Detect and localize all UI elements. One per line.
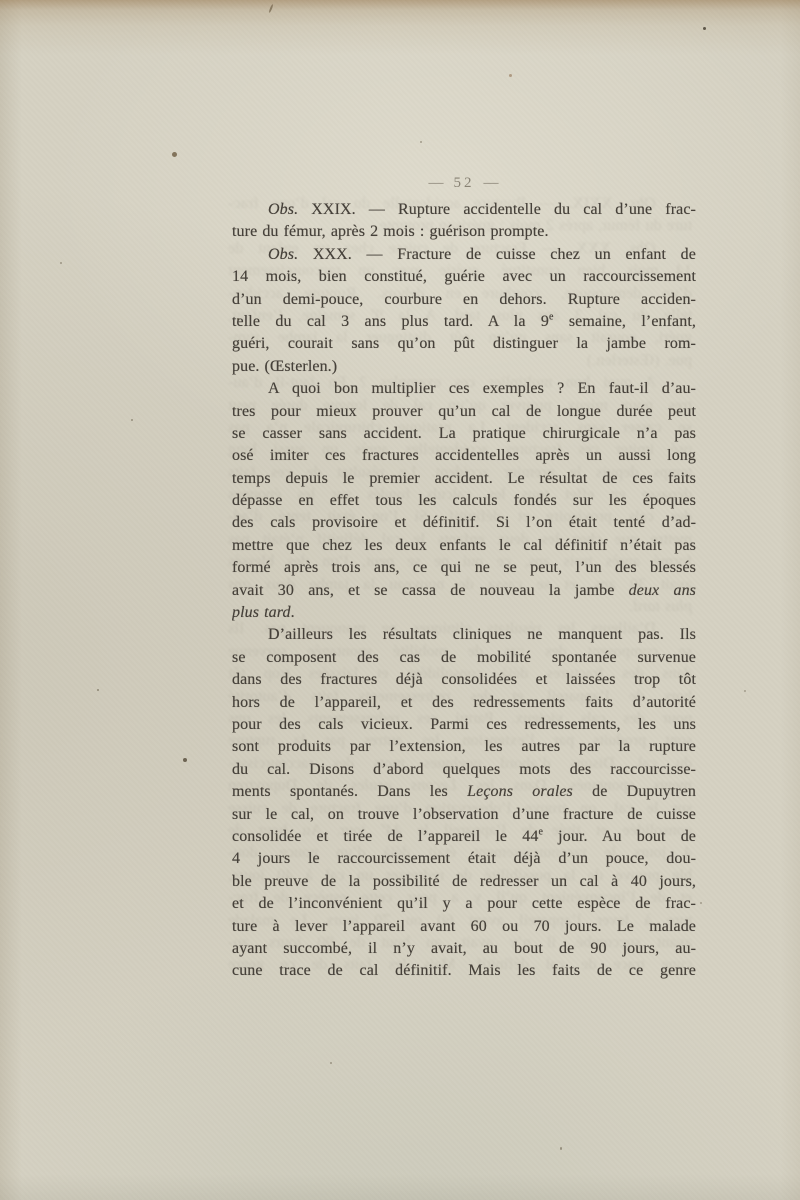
text-line: sont produits par l’extension, les autre… — [232, 736, 696, 758]
text-run: ments spontanés. Dans les — [232, 783, 467, 800]
text-line: tres pour mieux prouver qu’un cal de lon… — [232, 401, 696, 423]
text-run: pue. (Œsterlen.) — [232, 358, 337, 375]
paper-speck — [703, 27, 706, 30]
paper-speck — [183, 758, 187, 762]
text-line: temps depuis le premier accident. Le rés… — [232, 468, 696, 490]
text-line: se casser sans accident. La pratique chi… — [232, 423, 696, 445]
paper-speck — [509, 74, 512, 77]
text-line: consolidée et tirée de l’appareil le 44e… — [232, 826, 696, 848]
paragraph: Obs. XXIX. — Rupture accidentelle du cal… — [232, 199, 696, 244]
text-run: guéri, courait sans qu’on pût distinguer… — [232, 335, 696, 352]
paragraph: D’ailleurs les résultats cliniques ne ma… — [232, 624, 696, 982]
text-line: sur le cal, on trouve l’observation d’un… — [232, 804, 696, 826]
page-header: —52— — [232, 175, 696, 192]
text-run: formé après trois ans, ce qui ne se peut… — [232, 559, 696, 576]
text-run: . — [291, 604, 295, 621]
text-run: de Dupuytren — [573, 783, 696, 800]
text-line: A quoi bon multiplier ces exemples ? En … — [232, 378, 696, 400]
text-run: mettre que chez les deux enfants le cal … — [232, 537, 696, 554]
text-run: avait 30 ans, et se cassa de nouveau la … — [232, 582, 629, 599]
text-line: telle du cal 3 ans plus tard. A la 9e se… — [232, 311, 696, 333]
text-line: pue. (Œsterlen.) — [232, 356, 696, 378]
italic-run: plus tard — [232, 604, 291, 621]
text-line: du cal. Disons d’abord quelques mots des… — [232, 759, 696, 781]
text-line: ble preuve de la possibilité de redresse… — [232, 871, 696, 893]
text-line: 4 jours le raccourcissement était déjà d… — [232, 848, 696, 870]
text-line: ture du fémur, après 2 mois : guérison p… — [232, 221, 696, 243]
text-line: pour des cals vicieux. Parmi ces redress… — [232, 714, 696, 736]
text-run: 14 mois, bien constitué, guérie avec un … — [232, 268, 696, 285]
scanned-page: —52— Obs. XXIX. — Rupture accidentelle d… — [0, 0, 800, 1200]
text-line: des cals provisoire et définitif. Si l’o… — [232, 512, 696, 534]
text-run: ture du fémur, après 2 mois : guérison p… — [232, 223, 549, 240]
text-run: hors de l’appareil, et des redressements… — [232, 694, 696, 711]
text-run: et de l’inconvénient qu’il y a pour cett… — [232, 895, 696, 912]
text-line: hors de l’appareil, et des redressements… — [232, 692, 696, 714]
page-number: 52 — [454, 175, 475, 191]
text-run: ayant succombé, il n’y avait, au bout de… — [232, 940, 696, 957]
paper-speck — [60, 262, 62, 264]
paper-speck — [290, 432, 293, 434]
italic-run: Leçons orales — [467, 783, 573, 800]
header-right-rule: — — [475, 175, 509, 191]
text-line: ture à lever l’appareil avant 60 ou 70 j… — [232, 916, 696, 938]
text-run: XXIX. — Rupture accidentelle du cal d’un… — [298, 201, 696, 218]
paper-speck — [97, 689, 99, 691]
text-run: tres pour mieux prouver qu’un cal de lon… — [232, 403, 696, 420]
text-run: dans des fractures déjà consolidées et l… — [232, 671, 696, 688]
paper-speck — [131, 419, 133, 421]
italic-run: Obs. — [268, 246, 298, 263]
text-line: Obs. XXIX. — Rupture accidentelle du cal… — [232, 199, 696, 221]
text-line: plus tard. — [232, 602, 696, 624]
paper-speck — [744, 690, 746, 692]
text-line: ments spontanés. Dans les Leçons orales … — [232, 781, 696, 803]
text-run: sur le cal, on trouve l’observation d’un… — [232, 806, 696, 823]
paper-speck — [420, 141, 422, 143]
text-run: telle du cal 3 ans plus tard. A la 9 — [232, 313, 549, 330]
text-run: XXX. — Fracture de cuisse chez un enfant… — [298, 246, 696, 263]
text-run: d’un demi-pouce, courbure en dehors. Rup… — [232, 291, 696, 308]
text-block: Obs. XXIX. — Rupture accidentelle du cal… — [232, 199, 696, 983]
text-run: D’ailleurs les résultats cliniques ne ma… — [268, 626, 696, 643]
text-run: jour. Au bout de — [543, 828, 696, 845]
paper-speck — [560, 1147, 562, 1150]
text-line: et de l’inconvénient qu’il y a pour cett… — [232, 893, 696, 915]
text-run: osé imiter ces fractures accidentelles a… — [232, 447, 696, 464]
paper-speck — [268, 4, 273, 13]
text-run: des cals provisoire et définitif. Si l’o… — [232, 514, 696, 531]
text-line: D’ailleurs les résultats cliniques ne ma… — [232, 624, 696, 646]
text-line: se composent des cas de mobilité spontan… — [232, 647, 696, 669]
text-run: dépasse en effet tous les calculs fondés… — [232, 492, 696, 509]
paper-speck — [330, 1062, 332, 1064]
text-line: Obs. XXX. — Fracture de cuisse chez un e… — [232, 244, 696, 266]
paper-speck — [621, 520, 623, 522]
header-left-rule: — — [420, 175, 454, 191]
paper-speck — [172, 152, 177, 157]
text-run: temps depuis le premier accident. Le rés… — [232, 470, 696, 487]
text-run: se casser sans accident. La pratique chi… — [232, 425, 696, 442]
text-line: 14 mois, bien constitué, guérie avec un … — [232, 266, 696, 288]
italic-run: deux ans — [629, 582, 696, 599]
text-line: dépasse en effet tous les calculs fondés… — [232, 490, 696, 512]
paper-speck — [237, 318, 239, 320]
text-run: A quoi bon multiplier ces exemples ? En … — [268, 380, 696, 397]
text-run: sont produits par l’extension, les autre… — [232, 738, 696, 755]
text-line: cune trace de cal définitif. Mais les fa… — [232, 960, 696, 982]
text-run: 4 jours le raccourcissement était déjà d… — [232, 850, 696, 867]
text-run: du cal. Disons d’abord quelques mots des… — [232, 761, 696, 778]
text-line: dans des fractures déjà consolidées et l… — [232, 669, 696, 691]
text-line: osé imiter ces fractures accidentelles a… — [232, 445, 696, 467]
text-run: ture à lever l’appareil avant 60 ou 70 j… — [232, 918, 696, 935]
text-run: pour des cals vicieux. Parmi ces redress… — [232, 716, 696, 733]
paragraph: Obs. XXX. — Fracture de cuisse chez un e… — [232, 244, 696, 378]
text-run: consolidée et tirée de l’appareil le 44 — [232, 828, 538, 845]
text-run: semaine, l’enfant, — [554, 313, 697, 330]
text-run: cune trace de cal définitif. Mais les fa… — [232, 962, 696, 979]
italic-run: Obs. — [268, 201, 298, 218]
text-line: d’un demi-pouce, courbure en dehors. Rup… — [232, 289, 696, 311]
paper-speck — [700, 902, 702, 904]
text-run: se composent des cas de mobilité spontan… — [232, 649, 696, 666]
paragraph: A quoi bon multiplier ces exemples ? En … — [232, 378, 696, 624]
text-line: mettre que chez les deux enfants le cal … — [232, 535, 696, 557]
text-line: formé après trois ans, ce qui ne se peut… — [232, 557, 696, 579]
text-line: guéri, courait sans qu’on pût distinguer… — [232, 333, 696, 355]
text-line: ayant succombé, il n’y avait, au bout de… — [232, 938, 696, 960]
text-run: ble preuve de la possibilité de redresse… — [232, 873, 696, 890]
text-line: avait 30 ans, et se cassa de nouveau la … — [232, 580, 696, 602]
